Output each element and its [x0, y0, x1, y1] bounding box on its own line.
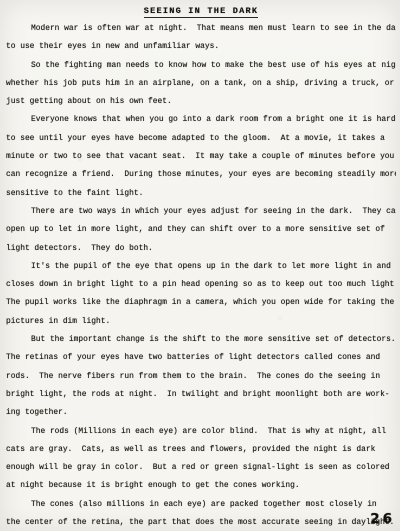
text-line: rods. The nerve fibers run from them to …: [6, 368, 396, 386]
text-line: whether his job puts him in an airplane,…: [6, 75, 396, 93]
text-line: to see until your eyes have become adapt…: [6, 130, 396, 148]
text-line: the center of the retina, the part that …: [6, 514, 396, 531]
text-line: just getting about on his own feet.: [6, 93, 396, 111]
text-line: enough will be gray in color. But a red …: [6, 459, 396, 477]
text-line: at night because it is bright enough to …: [6, 477, 396, 495]
text-line: The rods (Millions in each eye) are colo…: [6, 423, 396, 441]
text-line: closes down in bright light to a pin hea…: [6, 276, 396, 294]
text-line: The retinas of your eyes have two batter…: [6, 349, 396, 367]
text-line: ing together.: [6, 404, 396, 422]
text-line: There are two ways in which your eyes ad…: [6, 203, 396, 221]
text-line: Modern war is often war at night. That m…: [6, 20, 396, 38]
text-line: light detectors. They do both.: [6, 240, 396, 258]
page-title-text: SEEING IN THE DARK: [144, 6, 258, 18]
text-line: The cones (also millions in each eye) ar…: [6, 496, 396, 514]
text-line: minute or two to see that vacant seat. I…: [6, 148, 396, 166]
text-line: sensitive to the faint light.: [6, 185, 396, 203]
page-number: 26: [370, 511, 395, 527]
text-line: So the fighting man needs to know how to…: [6, 57, 396, 75]
text-line: can recognize a friend. During those min…: [6, 166, 396, 184]
text-line: But the important change is the shift to…: [6, 331, 396, 349]
text-line: open up to let in more light, and they c…: [6, 221, 396, 239]
text-line: Everyone knows that when you go into a d…: [6, 111, 396, 129]
text-line: The pupil works like the diaphragm in a …: [6, 294, 396, 312]
document-body: Modern war is often war at night. That m…: [6, 20, 396, 531]
text-line: pictures in dim light.: [6, 313, 396, 331]
document-page: SEEING IN THE DARK Modern war is often w…: [0, 0, 400, 531]
text-line: cats are gray. Cats, as well as trees an…: [6, 441, 396, 459]
text-line: It's the pupil of the eye that opens up …: [6, 258, 396, 276]
page-title: SEEING IN THE DARK: [6, 3, 396, 20]
text-line: to use their eyes in new and unfamiliar …: [6, 38, 396, 56]
text-line: bright light, the rods at night. In twil…: [6, 386, 396, 404]
